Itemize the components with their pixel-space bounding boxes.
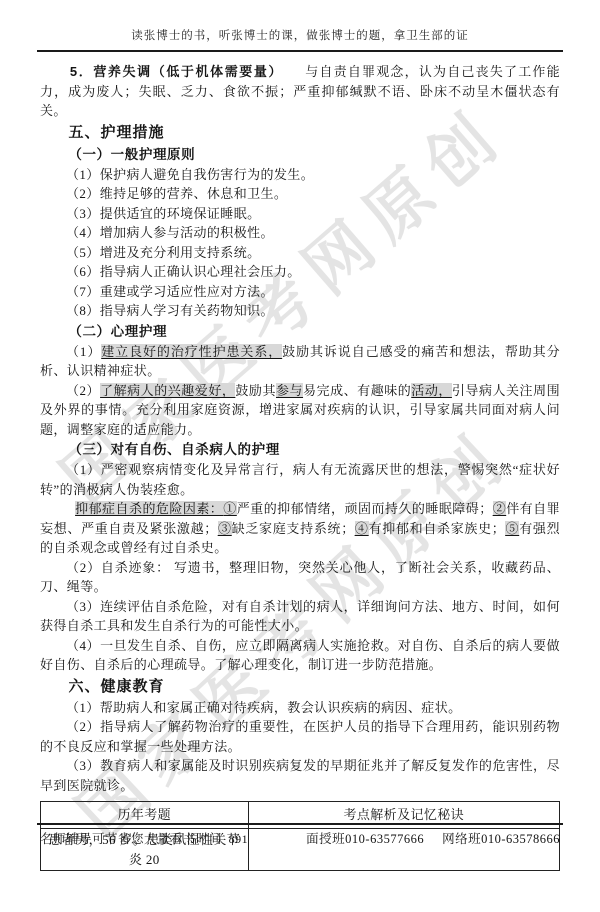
suicide-item-1: （1）严密观察病情变化及异常言行，病人有无流露厌世的想法，警惕突然“症状好转”的… (40, 460, 560, 499)
footer-contacts: 面授班010-63577666网络班010-63578666 (288, 829, 560, 847)
psych-item-2-key-phrase-2: 参与 (276, 383, 303, 398)
footer-rule (37, 823, 563, 825)
suicide-item-3: （3）连续评估自杀危险，对有自杀计划的病人，详细询问方法、地方、时间，如何获得自… (40, 597, 560, 636)
page-footer: 名师辅导可节省您大量看书时间 891 面授班010-63577666网络班010… (40, 829, 560, 847)
education-item-3: （3）教育病人和家属能及时识别疾病复发的早期征兆并了解反复发作的危害性，尽早到医… (40, 756, 560, 795)
suicide-item-2: （2）自杀迹象： 写遗书，整理旧物，突然关心他人，了断社会关系，收藏药品、刀、绳… (40, 558, 560, 597)
general-item-6: （6）指导病人正确认识心理社会压力。 (40, 262, 560, 282)
general-item-4: （4）增加病人参与活动的积极性。 (40, 223, 560, 243)
education-item-1: （1）帮助病人和家属正确对待疾病，教会认识疾病的病因、症状。 (40, 698, 560, 718)
phone-online-class: 网络班010-63578666 (442, 832, 560, 846)
risk-factors-key-phrase: 抑郁症自杀的危险因素： (75, 501, 223, 516)
psych-item-2-text-2: 易完成、有趣味的 (303, 383, 411, 398)
circled-number-3: ③ (218, 521, 232, 536)
footer-slogan: 名师辅导可节省您大量看书时间 (40, 829, 229, 847)
general-item-7: （7）重建或学习适应性应对方法。 (40, 282, 560, 302)
risk-factor-4-text: 有抑郁和自杀家族史； (369, 521, 506, 536)
header-rule (37, 50, 563, 52)
risk-factor-1-text: 严重的抑郁情绪，顽固而持久的睡眠障碍； (237, 501, 493, 516)
psych-item-1: （1）建立良好的治疗性护患关系，鼓励其诉说自己感受的痛苦和想法，帮助其分析、认识… (40, 342, 560, 381)
psych-item-2-key-phrase-1: 了解病人的兴趣爱好， (100, 383, 235, 398)
section-5-heading: 五、护理措施 (40, 121, 560, 144)
circled-number-5: ⑤ (505, 521, 519, 536)
subsection-suicide-care-heading: （三）对有自伤、自杀病人的护理 (40, 439, 560, 460)
risk-factor-3-text: 缺乏家庭支持系统； (232, 521, 355, 536)
education-item-2: （2）指导病人了解药物治疗的重要性，在医护人员的指导下合理用药，能识别药物的不良… (40, 717, 560, 756)
psych-item-2-text-1: 鼓励其 (235, 383, 276, 398)
header-slogan: 读张博士的书，听张博士的课，做张博士的题，拿卫生部的证 (40, 27, 560, 43)
page-number: 891 (229, 832, 289, 847)
circled-number-1: ① (223, 501, 236, 516)
general-item-3: （3）提供适宜的环境保证睡眠。 (40, 204, 560, 224)
subsection-general-principles-heading: （一）一般护理原则 (40, 144, 560, 165)
psych-item-1-key-phrase: 建立良好的治疗性护患关系， (101, 344, 282, 359)
general-item-1: （1）保护病人避免自我伤害行为的发生。 (40, 165, 560, 185)
suicide-risk-factors: 抑郁症自杀的危险因素：①严重的抑郁情绪，顽固而持久的睡眠障碍；②伴有自罪妄想、严… (40, 499, 560, 558)
circled-number-4: ④ (355, 521, 369, 536)
general-item-2: （2）维持足够的营养、休息和卫生。 (40, 184, 560, 204)
circled-number-2: ② (493, 501, 507, 516)
document-body: 5．营养失调（低于机体需要量）与自责自罪观念，认为自己丧失了工作能力，成为废人；… (40, 62, 560, 871)
phone-onsite-class: 面授班010-63577666 (306, 832, 424, 846)
subsection-psych-care-heading: （二）心理护理 (40, 321, 560, 342)
psych-item-2-number: （2） (66, 383, 100, 398)
section-6-heading: 六、健康教育 (40, 675, 560, 698)
general-item-5: （5）增进及充分利用支持系统。 (40, 243, 560, 263)
nutrition-diagnosis-bold: 5．营养失调（低于机体需要量） (70, 64, 283, 79)
psych-item-2-key-phrase-3: 活动， (411, 383, 452, 398)
psych-item-1-number: （1） (66, 344, 101, 359)
paragraph-nutrition: 5．营养失调（低于机体需要量）与自责自罪观念，认为自己丧失了工作能力，成为废人；… (40, 62, 560, 121)
suicide-item-4: （4）一旦发生自杀、自伤，应立即隔离病人实施抢救。对自伤、自杀后的病人要做好自伤… (40, 636, 560, 675)
psych-item-2: （2）了解病人的兴趣爱好，鼓励其参与易完成、有趣味的活动，引导病人关注周围及外界… (40, 381, 560, 440)
general-item-8: （8）指导病人学习有关药物知识。 (40, 301, 560, 321)
